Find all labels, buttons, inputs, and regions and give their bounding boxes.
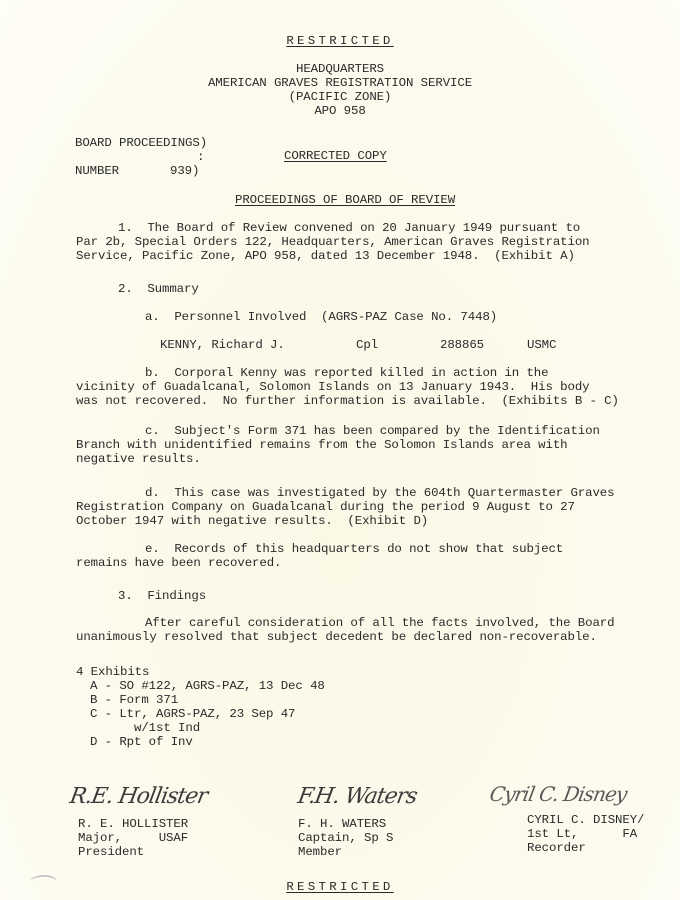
corrected-copy-label: CORRECTED COPY [284, 149, 387, 163]
findings-line: unanimously resolved that subject decede… [76, 630, 597, 644]
signatory-rank: 1st Lt, FA [527, 827, 637, 841]
personnel-involved: a. Personnel Involved (AGRS-PAZ Case No.… [145, 310, 497, 324]
exhibit-item: D - Rpt of Inv [90, 735, 193, 749]
board-number-value: 939) [170, 164, 199, 178]
para2c-line: c. Subject's Form 371 has been compared … [145, 424, 600, 438]
person-branch: USMC [527, 338, 556, 352]
para2b-line: was not recovered. No further informatio… [76, 394, 619, 408]
signatory-role: Recorder [527, 841, 586, 855]
para1-line: Service, Pacific Zone, APO 958, dated 13… [76, 249, 575, 263]
signatory-name: R. E. HOLLISTER [78, 817, 188, 831]
exhibit-item: A - SO #122, AGRS-PAZ, 13 Dec 48 [90, 679, 325, 693]
classification-bottom: RESTRICTED [0, 880, 680, 894]
signatory-role: Member [298, 845, 342, 859]
para2c-line: Branch with unidentified remains from th… [76, 438, 568, 452]
board-proceedings-label: BOARD PROCEEDINGS) [75, 136, 207, 150]
signature-disney: Cyril C. Disney [488, 782, 629, 806]
letterhead-apo: APO 958 [0, 104, 680, 118]
board-number-label: NUMBER [75, 164, 119, 178]
para2c-line: negative results. [76, 452, 201, 466]
para2d-line: Registration Company on Guadalcanal duri… [76, 500, 575, 514]
findings-line: After careful consideration of all the f… [145, 616, 614, 630]
document-title: PROCEEDINGS OF BOARD OF REVIEW [235, 193, 455, 207]
signature-hollister: R.E. Hollister [68, 784, 209, 809]
signatory-rank: Major, USAF [78, 831, 188, 845]
para1-line: 1. The Board of Review convened on 20 Ja… [118, 221, 580, 235]
signatory-name: CYRIL C. DISNEY/ [527, 813, 644, 827]
letterhead-zone: (PACIFIC ZONE) [0, 90, 680, 104]
board-ref-colon: : [197, 150, 204, 164]
findings-heading: 3. Findings [118, 589, 206, 603]
summary-heading: 2. Summary [118, 282, 199, 296]
signatory-name: F. H. WATERS [298, 817, 386, 831]
exhibit-item: B - Form 371 [90, 693, 178, 707]
para2d-line: d. This case was investigated by the 604… [145, 486, 614, 500]
para1-line: Par 2b, Special Orders 122, Headquarters… [76, 235, 590, 249]
signatory-role: President [78, 845, 144, 859]
signature-waters: F.H. Waters [296, 784, 419, 809]
exhibit-item: w/1st Ind [90, 721, 200, 735]
para2e-line: remains have been recovered. [76, 556, 281, 570]
person-serial: 288865 [440, 338, 484, 352]
para2e-line: e. Records of this headquarters do not s… [145, 542, 563, 556]
letterhead-organization: AMERICAN GRAVES REGISTRATION SERVICE [0, 76, 680, 90]
para2b-line: b. Corporal Kenny was reported killed in… [145, 366, 548, 380]
signatory-rank: Captain, Sp S [298, 831, 393, 845]
para2b-line: vicinity of Guadalcanal, Solomon Islands… [76, 380, 590, 394]
letterhead-headquarters: HEADQUARTERS [0, 62, 680, 76]
person-name: KENNY, Richard J. [160, 338, 285, 352]
para2d-line: October 1947 with negative results. (Exh… [76, 514, 428, 528]
exhibits-heading: 4 Exhibits [76, 665, 149, 679]
exhibit-item: C - Ltr, AGRS-PAZ, 23 Sep 47 [90, 707, 295, 721]
classification-top: RESTRICTED [0, 34, 680, 48]
person-rank: Cpl [356, 338, 378, 352]
